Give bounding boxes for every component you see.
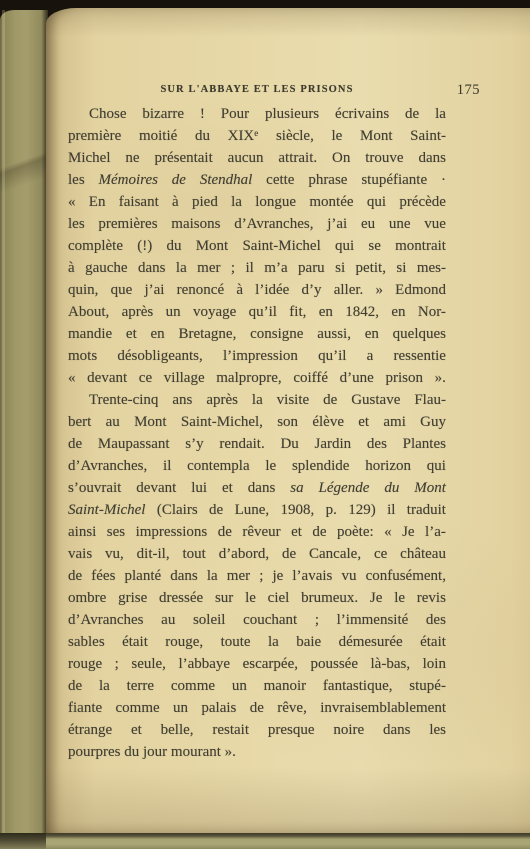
text-line: motsdésobligeants,l’impressionqu’ilaress… xyxy=(68,345,446,367)
book-bottom-page-edges xyxy=(0,833,530,849)
text-line: complète(!)duMontSaint-Michelquisemontra… xyxy=(68,235,446,257)
running-title: SUR L'ABBAYE ET LES PRISONS xyxy=(68,84,446,95)
text-line: deféesplantédanslamer;jel’avaisvuconfusé… xyxy=(68,565,446,587)
text-line: delaterrecommeunmanoirfantastique,stupé- xyxy=(68,675,446,697)
page-number: 175 xyxy=(457,82,480,99)
page-body: Chosebizarre!Pourplusieursécrivainsdelap… xyxy=(68,103,446,763)
book-spine-page-edges xyxy=(0,10,48,849)
text-line: Trente-cinqansaprèslavisitedeGustaveFlau… xyxy=(68,389,446,411)
book-page: SUR L'ABBAYE ET LES PRISONS 175 Chosebiz… xyxy=(46,8,530,833)
text-line: About,aprèsunvoyagequ’ilfit,en1842,enNor… xyxy=(68,301,446,323)
text-line: bertauMontSaint-Michel,sonélèveetamiGuy xyxy=(68,411,446,433)
spine-highlight xyxy=(2,10,5,849)
text-line: Chosebizarre!Pourplusieursécrivainsdela xyxy=(68,103,446,125)
text-line: vaisvu,dit-il,toutd’abord,deCancale,cech… xyxy=(68,543,446,565)
text-line: premièremoitiéduXIXesiècle,leMontSaint- xyxy=(68,125,446,147)
text-line: ombregrisedresséesurlecielbrumeux.Jelere… xyxy=(68,587,446,609)
book-bottom-corner xyxy=(0,833,46,849)
text-line: s’ouvraitdevantluietdanssaLégendeduMont xyxy=(68,477,446,499)
running-header: SUR L'ABBAYE ET LES PRISONS 175 xyxy=(68,84,446,102)
text-line: «devantcevillagemalpropre,coifféd’unepri… xyxy=(68,367,446,389)
text-line: Saint-Michel(ClairsdeLune,1908,p.129)ilt… xyxy=(68,499,446,521)
text-line: deMaupassants’yrendait.DuJardindesPlante… xyxy=(68,433,446,455)
text-line: Michelneprésentaitaucunattrait.Ontrouved… xyxy=(68,147,446,169)
text-line: «Enfaisantàpiedlalonguemontéequiprécède xyxy=(68,191,446,213)
text-line: pourpres du jour mourant ». xyxy=(68,741,446,763)
text-line: lesMémoiresdeStendhalcettephrasestupéfia… xyxy=(68,169,446,191)
text-line: lespremièresmaisonsd’Avranches,j’aieuune… xyxy=(68,213,446,235)
scanned-book-photo: { "page": { "header": { "running_title":… xyxy=(0,0,530,849)
text-line: rouge;seule,l’abbayeescarpée,pousséelà-b… xyxy=(68,653,446,675)
text-line: àgauchedanslamer;ilm’aparusipetit,simes- xyxy=(68,257,446,279)
text-line: fiantecommeunpalaisderêve,invraisemblabl… xyxy=(68,697,446,719)
text-line: quin,quej’airenoncéàl’idéed’yaller.»Edmo… xyxy=(68,279,446,301)
text-line: étrangeetbelle,restaitpresquenoiredansle… xyxy=(68,719,446,741)
text-line: ainsisesimpressionsderêveuretdepoète:«Je… xyxy=(68,521,446,543)
text-line: d’Avranchesausoleilcouchant;l’immensitéd… xyxy=(68,609,446,631)
text-line: d’Avranches,ilcontemplalesplendidehorizo… xyxy=(68,455,446,477)
text-line: sablesétaitrouge,toutelabaiedémesuréeéta… xyxy=(68,631,446,653)
text-line: mandieetenBretagne,consigneaussi,enquelq… xyxy=(68,323,446,345)
